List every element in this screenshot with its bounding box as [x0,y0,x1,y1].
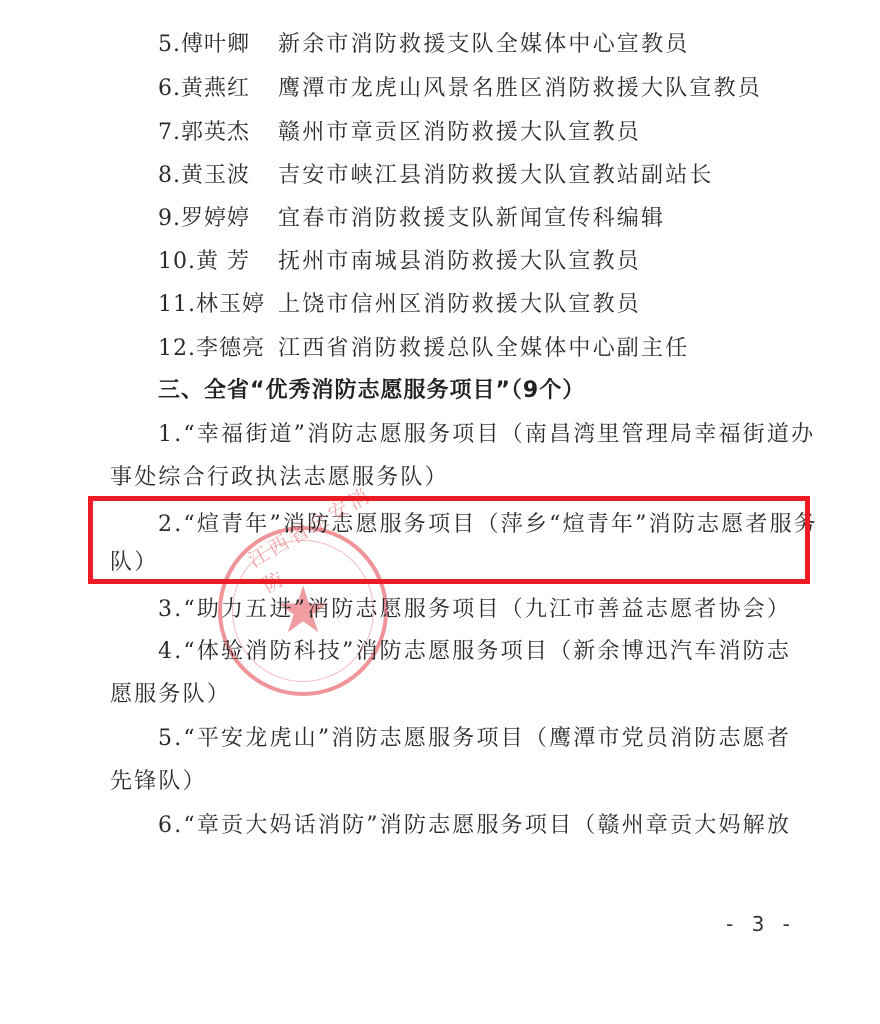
item-index: 8. [158,163,181,188]
list-item: 12.李德亮江西省消防救援总队全媒体中心副主任 [158,334,689,364]
person-position: 吉安市峡江县消防救援大队宣教站副站长 [278,163,714,188]
project-item-line1: 5.“平安龙虎山”消防志愿服务项目（鹰潭市党员消防志愿者 [158,724,791,754]
person-position: 抚州市南城县消防救援大队宣教员 [278,249,641,274]
person-position: 新余市消防救援支队全媒体中心宣教员 [278,32,689,57]
list-item: 10.黄 芳抚州市南城县消防救援大队宣教员 [158,247,641,277]
section-heading: 三、全省“优秀消防志愿服务项目”（9个） [158,376,585,406]
person-name: 傅叶卿 [181,32,250,57]
person-position: 上饶市信州区消防救援大队宣教员 [278,292,641,317]
page-number: - 3 - [726,912,796,936]
item-index: 9. [158,206,181,231]
project-item-line2: 愿服务队） [110,680,231,710]
person-name: 罗婷婷 [181,206,250,231]
list-item: 5.傅叶卿新余市消防救援支队全媒体中心宣教员 [158,30,689,60]
project-item-line2: 事处综合行政执法志愿服务队） [110,463,449,493]
project-item-line1: 1.“幸福街道”消防志愿服务项目（南昌湾里管理局幸福街道办 [158,420,815,450]
item-index: 7. [158,120,181,145]
project-item-line2: 先锋队） [110,767,207,797]
person-position: 赣州市章贡区消防救援大队宣教员 [278,120,641,145]
list-item: 7.郭英杰赣州市章贡区消防救援大队宣教员 [158,118,641,148]
person-name: 李德亮 [196,336,265,361]
list-item: 6.黄燕红鹰潭市龙虎山风景名胜区消防救援大队宣教员 [158,74,762,104]
item-index: 10. [158,249,196,274]
list-item: 8.黄玉波吉安市峡江县消防救援大队宣教站副站长 [158,161,714,191]
project-item-line1: 6.“章贡大妈话消防”消防志愿服务项目（赣州章贡大妈解放 [158,811,791,841]
item-index: 12. [158,336,196,361]
highlight-box [88,496,810,584]
person-name: 林玉婷 [196,292,265,317]
person-name: 黄 芳 [196,249,250,274]
item-index: 6. [158,76,181,101]
item-index: 11. [158,292,196,317]
list-item: 11.林玉婷上饶市信州区消防救援大队宣教员 [158,290,641,320]
person-position: 鹰潭市龙虎山风景名胜区消防救援大队宣教员 [278,76,762,101]
project-item-line1: 3.“助力五进”消防志愿服务项目（九江市善益志愿者协会） [158,595,791,625]
person-name: 黄燕红 [181,76,250,101]
list-item: 9.罗婷婷宜春市消防救援支队新闻宣传科编辑 [158,204,665,234]
person-position: 宜春市消防救援支队新闻宣传科编辑 [278,206,665,231]
person-name: 郭英杰 [181,120,250,145]
person-name: 黄玉波 [181,163,250,188]
item-index: 5. [158,32,181,57]
person-position: 江西省消防救援总队全媒体中心副主任 [278,336,689,361]
project-item-line1: 4.“体验消防科技”消防志愿服务项目（新余博迅汽车消防志 [158,637,791,667]
